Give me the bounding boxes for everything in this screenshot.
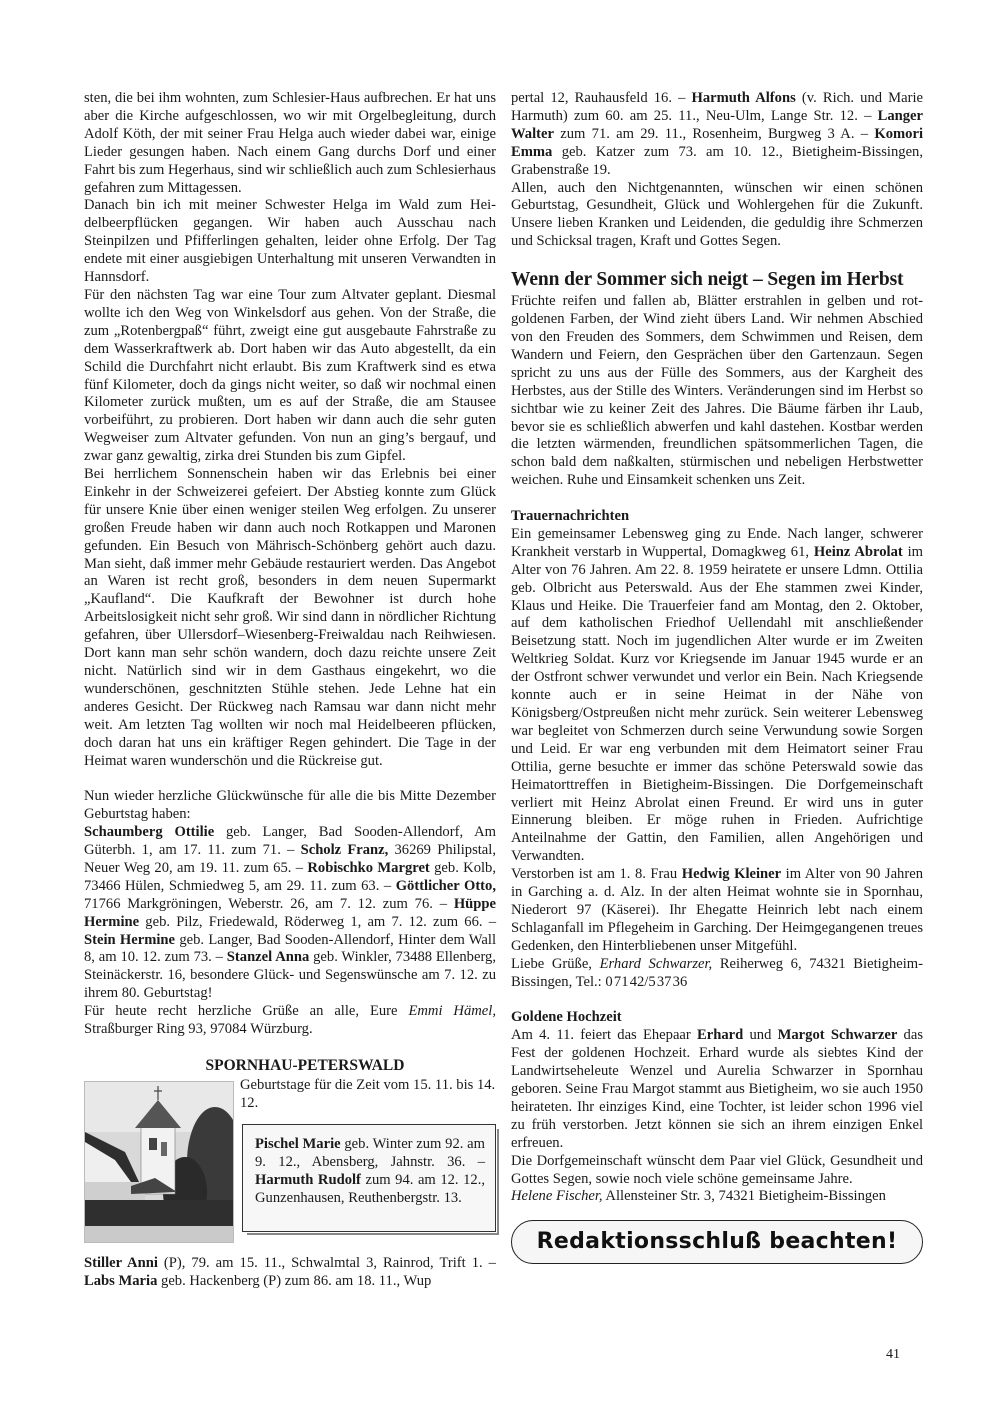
birthday-details: geb. Katzer zum 73. am 10. 12., Bietighe… [511,144,923,178]
left-column: sten, die bei ihm wohnten, zum Schlesier… [84,90,496,1291]
autumn-heading: Wenn der Sommer sich neigt – Segen im He… [511,269,923,291]
greeting: Für heute recht herzliche Grüße an alle,… [84,1003,496,1039]
birthday-name: Scholz Franz, [301,842,389,858]
wedding-text: das Fest der goldenen Hochzeit. Erhard w… [511,1027,923,1150]
church-photo-image [85,1082,233,1242]
wedding-text: Am 4. 11. feiert das Ehepaar [511,1027,697,1043]
deadline-banner-text: Redaktionsschluß beachten! [537,1233,898,1251]
page-number: 41 [886,1347,900,1363]
birthday-details: geb. Pilz, Friedewald, Röderweg 1, am 7.… [139,914,496,930]
birthday-name: Stiller Anni [84,1255,158,1271]
spornhau-birthday-list: Stiller Anni (P), 79. am 15. 11., Schwal… [84,1255,496,1291]
birthday-name: Robischko Margret [307,860,429,876]
church-photo [84,1081,234,1243]
birthday-details: geb. Hackenberg (P) zum 86. am 18. 11., … [157,1273,431,1289]
signature-text: Liebe Grüße, [511,956,600,972]
spornhau-birthday-box: Pischel Marie geb. Winter zum 92. am 9. … [242,1124,496,1232]
couple-name: Margot Schwarzer [778,1027,898,1043]
wedding-text: und [743,1027,777,1043]
deceased-name: Hedwig Kleiner [682,866,781,882]
travel-paragraph-3: Für den nächsten Tag war eine Tour zum A… [84,287,496,466]
mourning-paragraph-2: Verstorben ist am 1. 8. Frau Hedwig Klei… [511,866,923,956]
greeting-author: Emmi Hämel, [408,1003,496,1019]
mourning-heading: Trauernachrichten [511,508,923,526]
spornhau-intro: Geburtstage für die Zeit vom 15. 11. bis… [240,1077,496,1113]
birthday-name: Stanzel Anna [227,949,310,965]
birthday-name: Göttli­cher Otto, [396,878,496,894]
birthday-continuation: pertal 12, Rauhausfeld 16. – Harmuth Alf… [511,90,923,180]
birthday-name: Harmuth Alfons [692,90,796,106]
autumn-body: Früchte reifen und fallen ab, Blätter er… [511,293,923,490]
birthday-name: Pischel Marie [255,1136,341,1152]
mourning-paragraph-1: Ein gemeinsamer Lebensweg ging zu Ende. … [511,526,923,866]
couple-name: Erhard [697,1027,743,1043]
signature-address: Allensteiner Str. 3, 74321 Bietigheim-Bi… [603,1188,886,1204]
signature-author: Erhard Schwarzer, [600,956,713,972]
wedding-paragraph-1: Am 4. 11. feiert das Ehepaar Erhard und … [511,1027,923,1152]
spornhau-block: Geburtstage für die Zeit vom 15. 11. bis… [84,1077,496,1247]
birthday-name: Labs Maria [84,1273,157,1289]
right-column: pertal 12, Rauhausfeld 16. – Harmuth Alf… [511,90,923,1264]
birthday-details: 71766 Markgröningen, Weberstr. 26, am 7.… [84,896,454,912]
deadline-banner: Redaktionsschluß beachten! [511,1220,923,1264]
wedding-paragraph-2: Die Dorfgemeinschaft wünscht dem Paar vi… [511,1153,923,1189]
birthday-intro: Nun wieder herzliche Glückwünsche für al… [84,788,496,824]
mourning-text: im Alter von 76 Jahren. Am 22. 8. 1959 h… [511,544,923,864]
deceased-name: Heinz Ab­rolat [814,544,903,560]
birthday-name: Schaumberg Ottilie [84,824,214,840]
greeting-address: Straßburger Ring 93, 97084 Würzburg. [84,1021,313,1037]
travel-paragraph-1: sten, die bei ihm wohnten, zum Schlesier… [84,90,496,197]
wedding-signature: Helene Fischer, Allensteiner Str. 3, 743… [511,1188,923,1206]
mourning-signature: Liebe Grüße, Erhard Schwarzer, Reiherweg… [511,956,923,992]
section-title-spornhau: SPORNHAU-PETERSWALD [84,1057,496,1075]
travel-paragraph-4: Bei herrlichem Sonnenschein haben wir da… [84,466,496,770]
greeting-text: Für heute recht herzliche Grüße an alle,… [84,1003,408,1019]
birthday-name: Stein Hermine [84,932,175,948]
birthday-details: zum 71. am 29. 11., Rosenheim, Burgweg 3… [554,126,874,142]
travel-paragraph-2: Danach bin ich mit meiner Schwester Helg… [84,197,496,287]
signature-author: Helene Fischer, [511,1188,603,1204]
wishes-paragraph: Allen, auch den Nichtgenannten, wünschen… [511,180,923,252]
birthday-details: (P), 79. am 15. 11., Schwalmtal 3, Rainr… [158,1255,496,1271]
wedding-heading: Goldene Hochzeit [511,1009,923,1027]
birthday-details: pertal 12, Rauhausfeld 16. – [511,90,692,106]
birthday-list: Schaumberg Ottilie geb. Langer, Bad Sood… [84,824,496,1003]
mourning-text: Verstorben ist am 1. 8. Frau [511,866,682,882]
birthday-name: Harmuth Rudolf [255,1172,361,1188]
